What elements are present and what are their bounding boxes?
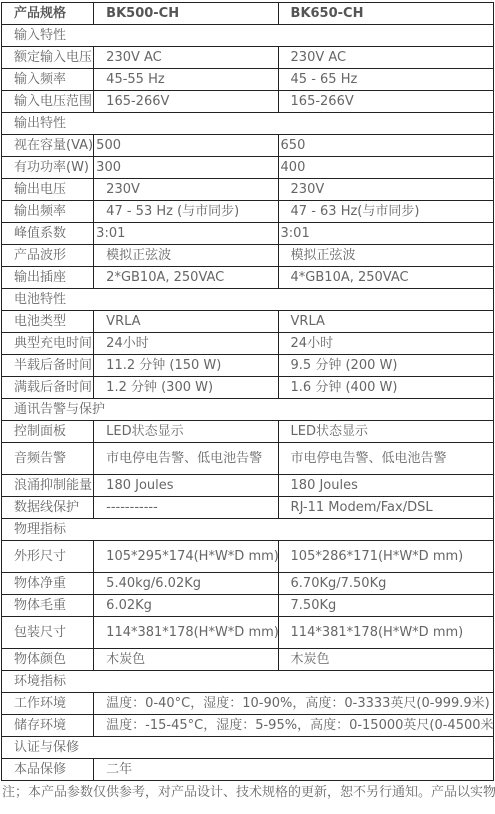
spec-label: 控制面板 <box>2 421 94 443</box>
spec-label: 额定输入电压 <box>2 47 94 69</box>
spec-row: 外形尺寸105*295*174(H*W*D mm)105*286*171(H*W… <box>2 541 494 573</box>
spec-label: 外形尺寸 <box>2 541 94 573</box>
spec-value-bk650: 230V <box>278 179 493 201</box>
product-spec-table: 产品规格 BK500-CH BK650-CH 输入特性额定输入电压230V AC… <box>1 2 494 781</box>
spec-value-bk500: 180 Joules <box>94 475 278 497</box>
spec-value-bk650: 3:01 <box>278 223 493 245</box>
spec-value-bk650: 24小时 <box>278 333 493 355</box>
column-header-bk500: BK500-CH <box>94 3 278 25</box>
spec-value-bk650: 47 - 63 Hz(与市同步) <box>278 201 493 223</box>
spec-row: 物体颜色木炭色木炭色 <box>2 649 494 671</box>
spec-row: 峰值系数3:013:01 <box>2 223 494 245</box>
spec-label: 储存环境 <box>2 715 94 737</box>
section-row: 环境指标 <box>2 671 494 693</box>
spec-row: 输出电压230V230V <box>2 179 494 201</box>
spec-row: 浪涌抑制能量180 Joules180 Joules <box>2 475 494 497</box>
spec-label: 输出插座 <box>2 267 94 289</box>
spec-page: 产品规格 BK500-CH BK650-CH 输入特性额定输入电压230V AC… <box>0 0 495 801</box>
spec-row: 输入电压范围165-266V165-266V <box>2 91 494 113</box>
spec-value-bk650: 9.5 分钟 (200 W) <box>278 355 493 377</box>
spec-value-bk500: 温度：0-40°C，湿度：10-90%，高度：0-3333英尺(0-999.9米… <box>94 693 494 715</box>
spec-label: 浪涌抑制能量 <box>2 475 94 497</box>
spec-label: 包装尺寸 <box>2 617 94 649</box>
spec-value-bk650: 180 Joules <box>278 475 493 497</box>
spec-label: 电池类型 <box>2 311 94 333</box>
spec-row: 物体毛重6.02Kg7.50Kg <box>2 595 494 617</box>
spec-row: 典型充电时间24小时24小时 <box>2 333 494 355</box>
spec-value-bk500: 市电停电告警、低电池告警 <box>94 443 278 475</box>
spec-value-bk500: 24小时 <box>94 333 278 355</box>
spec-row: 有功功率(W)300400 <box>2 157 494 179</box>
spec-value-bk500: 114*381*178(H*W*D mm) <box>94 617 278 649</box>
section-label: 输入特性 <box>2 25 494 47</box>
spec-label: 半载后备时间 <box>2 355 94 377</box>
section-row: 认证与保修 <box>2 737 494 759</box>
spec-label: 满载后备时间 <box>2 377 94 399</box>
spec-label: 峰值系数 <box>2 223 94 245</box>
spec-value-bk650: 6.70Kg/7.50Kg <box>278 573 493 595</box>
column-header-product-spec: 产品规格 <box>2 3 94 25</box>
spec-label: 视在容量(VA) <box>2 135 94 157</box>
spec-row: 电池类型VRLAVRLA <box>2 311 494 333</box>
spec-row: 产品波形模拟正弦波模拟正弦波 <box>2 245 494 267</box>
spec-value-bk500: 45-55 Hz <box>94 69 278 91</box>
spec-label: 有功功率(W) <box>2 157 94 179</box>
spec-label: 输入电压范围 <box>2 91 94 113</box>
spec-label: 数据线保护 <box>2 497 94 519</box>
spec-row: 物体净重5.40kg/6.02Kg6.70Kg/7.50Kg <box>2 573 494 595</box>
spec-value-bk500: 5.40kg/6.02Kg <box>94 573 278 595</box>
spec-value-bk500: 300 <box>94 157 278 179</box>
spec-value-bk500: 105*295*174(H*W*D mm) <box>94 541 278 573</box>
section-row: 通讯告警与保护 <box>2 399 494 421</box>
spec-label: 产品波形 <box>2 245 94 267</box>
spec-value-bk650: VRLA <box>278 311 493 333</box>
spec-row: 工作环境温度：0-40°C，湿度：10-90%，高度：0-3333英尺(0-99… <box>2 693 494 715</box>
spec-row: 满载后备时间1.2 分钟 (300 W)1.6 分钟 (400 W) <box>2 377 494 399</box>
spec-value-bk650: 1.6 分钟 (400 W) <box>278 377 493 399</box>
spec-row: 半载后备时间11.2 分钟 (150 W)9.5 分钟 (200 W) <box>2 355 494 377</box>
section-row: 电池特性 <box>2 289 494 311</box>
spec-row: 储存环境温度：-15-45°C，湿度：5-95%，高度：0-15000英尺(0-… <box>2 715 494 737</box>
spec-label: 本品保修 <box>2 759 94 781</box>
spec-value-bk500: 模拟正弦波 <box>94 245 278 267</box>
spec-value-bk500: 165-266V <box>94 91 278 113</box>
spec-row: 额定输入电压230V AC230V AC <box>2 47 494 69</box>
section-label: 物理指标 <box>2 519 494 541</box>
spec-value-bk650: 105*286*171(H*W*D mm) <box>278 541 493 573</box>
spec-value-bk500: 6.02Kg <box>94 595 278 617</box>
spec-value-bk500: ----------- <box>94 497 278 519</box>
section-label: 环境指标 <box>2 671 494 693</box>
spec-value-bk650: 木炭色 <box>278 649 493 671</box>
spec-row: 数据线保护-----------RJ-11 Modem/Fax/DSL <box>2 497 494 519</box>
spec-value-bk650: 165-266V <box>278 91 493 113</box>
spec-label: 输出电压 <box>2 179 94 201</box>
spec-value-bk500: 230V AC <box>94 47 278 69</box>
spec-row: 包装尺寸114*381*178(H*W*D mm)114*381*178(H*W… <box>2 617 494 649</box>
spec-row: 输出插座2*GB10A, 250VAC4*GB10A, 250VAC <box>2 267 494 289</box>
spec-label: 物体毛重 <box>2 595 94 617</box>
spec-row: 输出频率47 - 53 Hz (与市同步)47 - 63 Hz(与市同步) <box>2 201 494 223</box>
spec-value-bk650: 650 <box>278 135 493 157</box>
spec-value-bk500: 温度：-15-45°C，湿度：5-95%，高度：0-15000英尺(0-4500… <box>94 715 494 737</box>
spec-value-bk500: 47 - 53 Hz (与市同步) <box>94 201 278 223</box>
section-label: 电池特性 <box>2 289 494 311</box>
spec-table-body: 输入特性额定输入电压230V AC230V AC输入频率45-55 Hz45 -… <box>2 25 494 781</box>
spec-value-bk650: 45 - 65 Hz <box>278 69 493 91</box>
spec-value-bk500: 2*GB10A, 250VAC <box>94 267 278 289</box>
spec-row: 音频告警市电停电告警、低电池告警市电停电告警、低电池告警 <box>2 443 494 475</box>
header-row: 产品规格 BK500-CH BK650-CH <box>2 3 494 25</box>
footnote: 注；本产品参数仅供参考，对产品设计、技术规格的更新，恕不另行通知。产品以实物为准… <box>1 781 494 801</box>
spec-label: 输入频率 <box>2 69 94 91</box>
section-row: 输入特性 <box>2 25 494 47</box>
spec-value-bk500: 木炭色 <box>94 649 278 671</box>
spec-label: 典型充电时间 <box>2 333 94 355</box>
spec-value-bk500: 500 <box>94 135 278 157</box>
spec-row: 控制面板LED状态显示LED状态显示 <box>2 421 494 443</box>
spec-row: 本品保修二年 <box>2 759 494 781</box>
spec-label: 物体净重 <box>2 573 94 595</box>
spec-value-bk500: 3:01 <box>94 223 278 245</box>
column-header-bk650: BK650-CH <box>278 3 493 25</box>
spec-value-bk650: 模拟正弦波 <box>278 245 493 267</box>
spec-value-bk500: 11.2 分钟 (150 W) <box>94 355 278 377</box>
spec-value-bk650: LED状态显示 <box>278 421 493 443</box>
spec-value-bk650: 114*381*178(H*W*D mm) <box>278 617 493 649</box>
section-label: 认证与保修 <box>2 737 494 759</box>
spec-value-bk500: VRLA <box>94 311 278 333</box>
section-label: 通讯告警与保护 <box>2 399 494 421</box>
spec-value-bk650: RJ-11 Modem/Fax/DSL <box>278 497 493 519</box>
spec-value-bk500: 二年 <box>94 759 494 781</box>
section-row: 输出特性 <box>2 113 494 135</box>
spec-row: 输入频率45-55 Hz45 - 65 Hz <box>2 69 494 91</box>
section-row: 物理指标 <box>2 519 494 541</box>
spec-value-bk500: 1.2 分钟 (300 W) <box>94 377 278 399</box>
spec-label: 物体颜色 <box>2 649 94 671</box>
spec-value-bk500: 230V <box>94 179 278 201</box>
section-label: 输出特性 <box>2 113 494 135</box>
spec-value-bk650: 市电停电告警、低电池告警 <box>278 443 493 475</box>
spec-value-bk650: 4*GB10A, 250VAC <box>278 267 493 289</box>
spec-value-bk500: LED状态显示 <box>94 421 278 443</box>
spec-label: 输出频率 <box>2 201 94 223</box>
spec-value-bk650: 400 <box>278 157 493 179</box>
spec-label: 音频告警 <box>2 443 94 475</box>
spec-label: 工作环境 <box>2 693 94 715</box>
spec-row: 视在容量(VA)500650 <box>2 135 494 157</box>
spec-value-bk650: 230V AC <box>278 47 493 69</box>
spec-value-bk650: 7.50Kg <box>278 595 493 617</box>
